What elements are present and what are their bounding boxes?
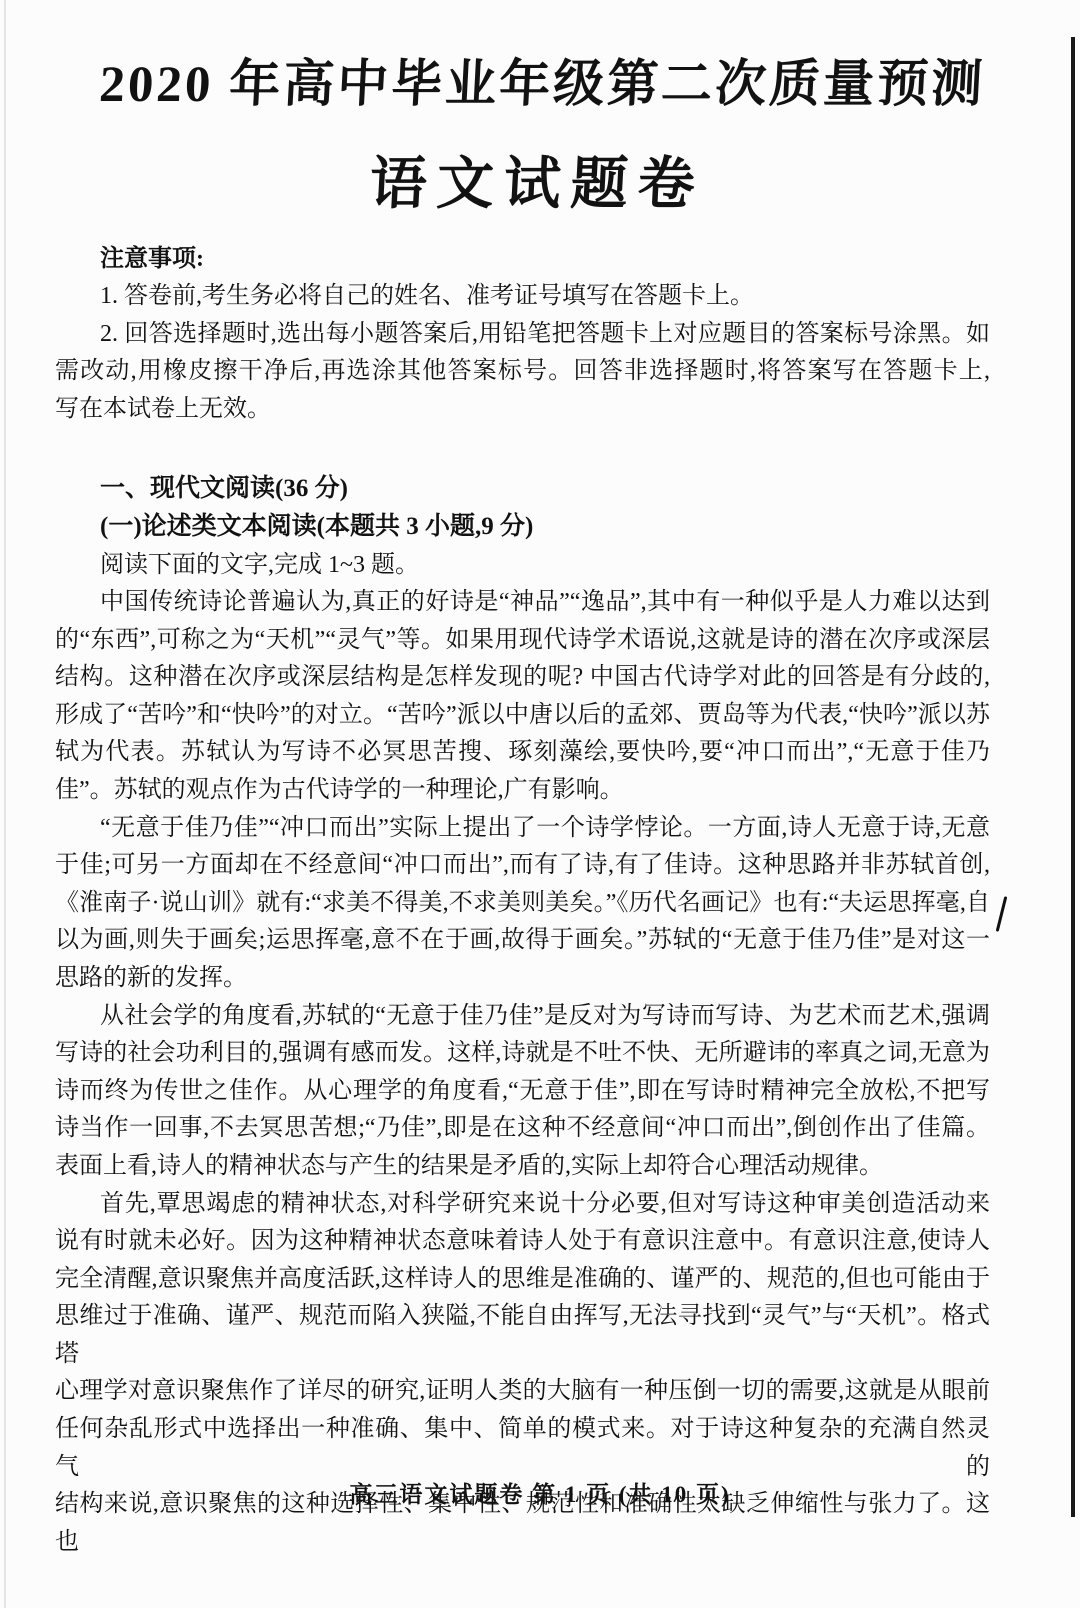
passage-paragraph: 从社会学的角度看,苏轼的“无意于佳乃佳”是反对为写诗而写诗、为艺术而艺术,强调写… — [55, 998, 990, 1186]
notice-section: 注意事项: 1. 答卷前,考生务必将自己的姓名、准考证号填写在答题卡上。2. 回… — [55, 240, 990, 428]
section-heading: 一、现代文阅读(36 分) — [55, 470, 990, 508]
exam-title: 2020 年高中毕业年级第二次质量预测 — [1, 42, 1080, 116]
passage-line: 中国传统诗论普遍认为,真正的好诗是“神品”“逸品”,其中有一种似乎是人力难以达到 — [55, 584, 990, 622]
passage-line: 写诗的社会功利目的,强调有感而发。这样,诗就是不吐不快、无所避讳的率真之词,无意… — [55, 1035, 990, 1073]
scan-edge-left-line — [4, 0, 6, 1608]
passage-line: 思维过于准确、谨严、规范而陷入狭隘,不能自由挥写,无法寻找到“灵气”与“天机”。… — [55, 1298, 990, 1373]
passage-line: 表面上看,诗人的精神状态与产生的结果是矛盾的,实际上却符合心理活动规律。 — [55, 1148, 990, 1186]
passage-line: “无意于佳乃佳”“冲口而出”实际上提出了一个诗学悖论。一方面,诗人无意于诗,无意 — [55, 810, 990, 848]
passage-line: 心理学对意识聚焦作了详尽的研究,证明人类的大脑有一种压倒一切的需要,这就是从眼前 — [55, 1373, 990, 1411]
passage-line: 任何杂乱形式中选择出一种准确、集中、简单的模式来。对于诗这种复杂的充满自然灵气的 — [55, 1411, 990, 1486]
passage-line: 的“东西”,可称之为“天机”“灵气”等。如果用现代诗学术语说,这就是诗的潜在次序… — [55, 622, 990, 660]
passage-line: 首先,覃思竭虑的精神状态,对科学研究来说十分必要,但对写诗这种审美创造活动来 — [55, 1186, 990, 1224]
passage-line: 说有时就未必好。因为这种精神状态意味着诗人处于有意识注意中。有意识注意,使诗人 — [55, 1223, 990, 1261]
passage-line: 从社会学的角度看,苏轼的“无意于佳乃佳”是反对为写诗而写诗、为艺术而艺术,强调 — [55, 998, 990, 1036]
page-footer: 高三语文试题卷 第 1 页 (共 10 页) — [0, 1476, 1080, 1509]
notice-line: 需改动,用橡皮擦干净后,再选涂其他答案标号。回答非选择题时,将答案写在答题卡上, — [55, 353, 990, 391]
notice-line: 1. 答卷前,考生务必将自己的姓名、准考证号填写在答题卡上。 — [55, 278, 990, 316]
scan-stray-mark — [996, 896, 1008, 932]
section-subheading: (一)论述类文本阅读(本题共 3 小题,9 分) — [55, 508, 990, 546]
passage-paragraph: 中国传统诗论普遍认为,真正的好诗是“神品”“逸品”,其中有一种似乎是人力难以达到… — [55, 584, 990, 810]
notice-line: 2. 回答选择题时,选出每小题答案后,用铅笔把答题卡上对应题目的答案标号涂黑。如 — [55, 316, 990, 354]
reading-section: 一、现代文阅读(36 分) (一)论述类文本阅读(本题共 3 小题,9 分) 阅… — [55, 470, 990, 1561]
exam-paper-page: 2020 年高中毕业年级第二次质量预测 语文试题卷 注意事项: 1. 答卷前,考… — [0, 0, 1080, 1608]
title-block: 2020 年高中毕业年级第二次质量预测 语文试题卷 — [0, 42, 1080, 220]
passage-line: 完全清醒,意识聚焦并高度活跃,这样诗人的思维是准确的、谨严的、规范的,但也可能由… — [55, 1261, 990, 1299]
passage-line: 诗而终为传世之佳作。从心理学的角度看,“无意于佳”,即在写诗时精神完全放松,不把… — [55, 1073, 990, 1111]
passage-line: 以为画,则失于画矣;运思挥毫,意不在于画,故得于画矣。”苏轼的“无意于佳乃佳”是… — [55, 922, 990, 960]
passage-line: 诗当作一回事,不去冥思苦想;“乃佳”,即是在这种不经意间“冲口而出”,倒创作出了… — [55, 1110, 990, 1148]
passage-line: 结构。这种潜在次序或深层结构是怎样发现的呢? 中国古代诗学对此的回答是有分歧的, — [55, 659, 990, 697]
passage-line: 《淮南子·说山训》就有:“求美不得美,不求美则美矣。”《历代名画记》也有:“夫运… — [55, 885, 990, 923]
notice-line: 写在本试卷上无效。 — [55, 391, 990, 429]
passage-paragraphs: 中国传统诗论普遍认为,真正的好诗是“神品”“逸品”,其中有一种似乎是人力难以达到… — [55, 584, 990, 1561]
passage-instruction: 阅读下面的文字,完成 1~3 题。 — [55, 546, 990, 584]
passage-line: 于佳;可另一方面却在不经意间“冲口而出”,而有了诗,有了佳诗。这种思路并非苏轼首… — [55, 847, 990, 885]
subject-title: 语文试题卷 — [0, 138, 1080, 220]
scan-edge-right-line — [1071, 37, 1075, 1517]
passage-line: 形成了“苦吟”和“快吟”的对立。“苦吟”派以中唐以后的孟郊、贾岛等为代表,“快吟… — [55, 697, 990, 735]
passage-paragraph: “无意于佳乃佳”“冲口而出”实际上提出了一个诗学悖论。一方面,诗人无意于诗,无意… — [55, 810, 990, 998]
passage-line: 轼为代表。苏轼认为写诗不必冥思苦搜、琢刻藻绘,要快吟,要“冲口而出”,“无意于佳… — [55, 734, 990, 772]
notice-lines: 1. 答卷前,考生务必将自己的姓名、准考证号填写在答题卡上。2. 回答选择题时,… — [55, 278, 990, 428]
notice-heading: 注意事项: — [55, 240, 990, 278]
passage-line: 思路的新的发挥。 — [55, 960, 990, 998]
passage-line: 佳”。苏轼的观点作为古代诗学的一种理论,广有影响。 — [55, 772, 990, 810]
